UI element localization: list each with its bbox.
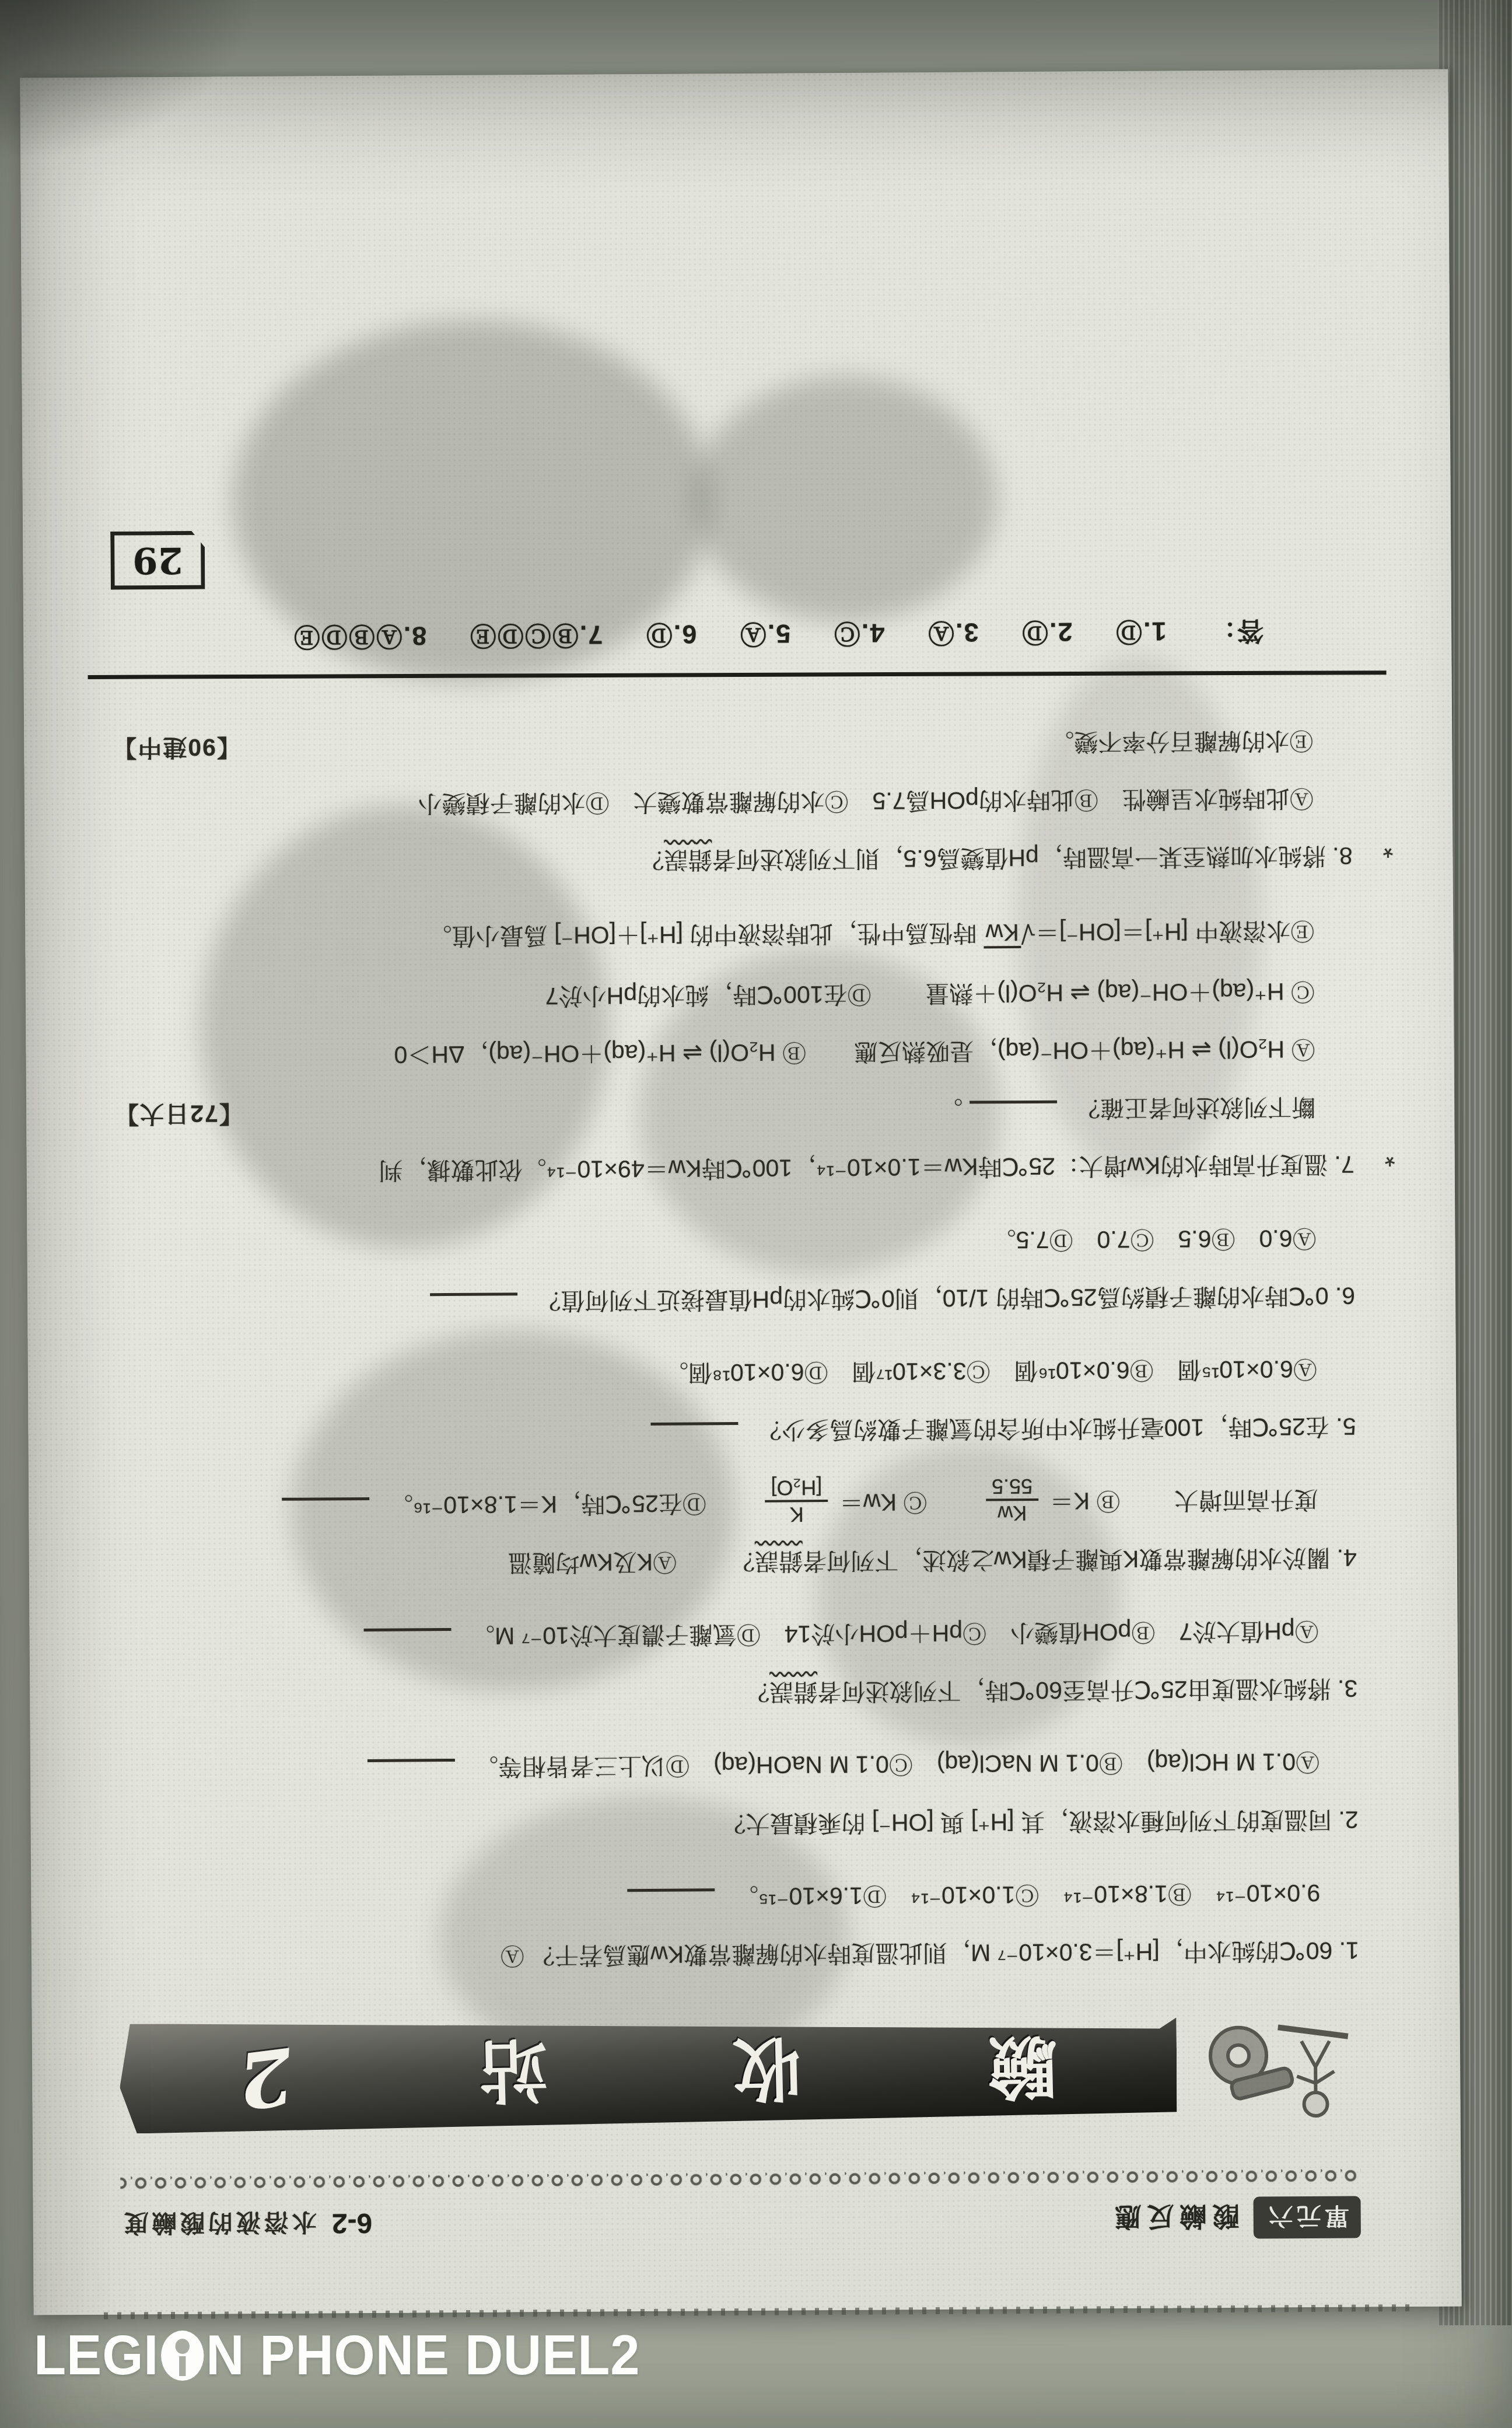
workbook-paper-sheet: 單元六 酸鹼反應 6-2 水溶液的酸鹼度 [20, 69, 1461, 2315]
question-4-options: 度升高而增大 Ⓑ K＝ Kw 55.5 Ⓒ Kw＝ K [H₂O] [116, 1470, 1357, 1536]
exam-source-tag: 【72日大】 [114, 1084, 243, 1143]
question-7-optionD-text: Ⓓ在100℃時，純水的pH小於7 [545, 980, 871, 1009]
logo-figure-head [176, 2339, 190, 2354]
answer-blank [430, 1292, 517, 1302]
question-6-text: 6. 0℃時水的離子積約爲25℃時的 1/10，則0℃純水的pH值最接近下列何值… [537, 1282, 1355, 1314]
question-4-optionB-lhs: K＝ [1050, 1488, 1090, 1515]
answer-key-divider-rule [88, 671, 1387, 680]
question-3-text-end: ？ [745, 1679, 769, 1706]
checkpoint-banner: 驗 收 站 2 [120, 2017, 1360, 2158]
page-number: 29 [132, 539, 183, 582]
fraction-denominator: [H₂O] [765, 1476, 828, 1500]
question-7-text2: 斷下列敘述何者正確？ [1076, 1094, 1315, 1122]
question-8-text: 8. 將純水加熱至某一高溫時，pH值變爲6.5，則下列敘述何者 [712, 843, 1352, 874]
legion-logo-o-icon [161, 2331, 204, 2381]
camera-watermark: LEGIN PHONE DUEL2 [34, 2324, 640, 2388]
printed-page-content: 單元六 酸鹼反應 6-2 水溶液的酸鹼度 [20, 69, 1461, 2315]
question-1-stem: 1. 60℃的純水中，[H⁺]＝3.0×10⁻⁷ M，則此溫度時水的解離常數Kw… [119, 1921, 1360, 1986]
question-3-text: 3. 將純水溫度由25℃升高至60℃時，下列敘述何者 [817, 1675, 1357, 1706]
unit-label-chip: 單元六 [1254, 2196, 1361, 2239]
answer-key-item: 6.Ⓓ [645, 620, 697, 650]
photo-corner-shadow [0, 0, 280, 175]
question-6-options: Ⓐ6.0 Ⓑ6.5 Ⓒ7.0 Ⓓ7.5。 [114, 1208, 1355, 1274]
question-4-text-mid: ？ [731, 1548, 755, 1575]
cannon-cart-mascot-illustration [1185, 2017, 1360, 2140]
question-7-options-cd: Ⓒ H⁺(aq)＋OH⁻(aq) ⇌ H₂O(l)＋熱量 Ⓓ在100℃時，純水的… [113, 962, 1354, 1027]
question-3-options-text: ⒶpH值大於7 ⒷpOH值變小 ⒸpH＋pOH小於14 Ⓓ氫離子濃度大於10⁻⁷… [471, 1617, 1319, 1650]
question-7-text1: 7. 溫度升高時水的Kw增大：25℃時Kw＝1.0×10⁻¹⁴，100℃時Kw＝… [379, 1151, 1354, 1184]
banner-char: 驗 [900, 2022, 1059, 2125]
question-2-options: Ⓐ0.1 M HCl(aq) Ⓑ0.1 M NaCl(aq) Ⓒ0.1 M Na… [118, 1732, 1359, 1798]
banner-char: 收 [645, 2024, 804, 2126]
answer-blank [282, 1497, 370, 1507]
fraction-kw-over-55: Kw 55.5 [986, 1475, 1039, 1525]
question-7-optionE-post: 時恆爲中性，此時溶液中的 [H⁺]＋[OH⁻] 爲最小值。 [428, 920, 984, 950]
question-4-optionC-lhs: Kw＝ [839, 1489, 897, 1517]
answer-blank [628, 1888, 715, 1898]
question-3-options: ⒶpH值大於7 ⒷpOH值變小 ⒸpH＋pOH小於14 Ⓓ氫離子濃度大於10⁻⁷… [117, 1601, 1357, 1667]
question-8-text-end: ？ [640, 847, 664, 874]
square-root-expression: √Kw [984, 919, 1035, 946]
question-8-options-text: Ⓐ此時純水呈鹼性 Ⓑ此時水的pOH爲7.5 Ⓒ水的解離常數變大 Ⓓ水的離子積變小 [418, 785, 1314, 817]
question-1-optionA-label: Ⓐ [501, 1942, 524, 1969]
question-5-options-text: Ⓐ6.0×10¹⁵個 Ⓑ6.0×10¹⁶個 Ⓒ3.3×10¹⁷個 Ⓓ6.0×10… [664, 1356, 1317, 1386]
question-1-options: 9.0×10⁻¹⁴ Ⓑ1.8×10⁻¹⁴ Ⓒ1.0×10⁻¹⁴ Ⓓ1.6×10⁻… [118, 1863, 1359, 1929]
question-8-optionE-text: Ⓔ水的解離百分率不變。 [1050, 727, 1313, 756]
watermark-text-right: N PHONE DUEL2 [206, 2324, 640, 2388]
scalloped-chain-border [120, 2166, 1360, 2193]
question-4-optionA: ⒶK及Kw均隨溫 [508, 1548, 677, 1576]
logo-figure-body [179, 2356, 185, 2376]
question-4-optionB-label: Ⓑ [1096, 1488, 1120, 1515]
answer-blank [367, 1759, 455, 1768]
question-7-stem-line1: 7. 溫度升高時水的Kw增大：25℃時Kw＝1.0×10⁻¹⁴，100℃時Kw＝… [114, 1136, 1354, 1201]
question-2-options-text: Ⓐ0.1 M HCl(aq) Ⓑ0.1 M NaCl(aq) Ⓒ0.1 M Na… [474, 1748, 1319, 1780]
difficulty-star-marker: * [1382, 816, 1394, 881]
question-7-options-ab: Ⓐ H₂O(l) ⇌ H⁺(aq)＋OH⁻(aq)，是吸熱反應 Ⓑ H₂O(l)… [113, 1019, 1354, 1085]
answer-blank [364, 1628, 452, 1637]
radicand: Kw [984, 920, 1021, 949]
question-5-stem: 5. 在25℃時，100毫升純水中所含的氫離子數約爲多少？ [116, 1398, 1356, 1463]
question-1: 1. 60℃的純水中，[H⁺]＝3.0×10⁻⁷ M，則此溫度時水的解離常數Kw… [118, 1863, 1359, 1986]
answer-key-item: 4.Ⓒ [833, 619, 885, 649]
question-8-options: Ⓐ此時純水呈鹼性 Ⓑ此時水的pOH爲7.5 Ⓒ水的解離常數變大 Ⓓ水的離子積變小 [112, 768, 1353, 834]
question-5-text: 5. 在25℃時，100毫升純水中所含的氫離子數約爲多少？ [758, 1413, 1356, 1444]
header-spacer [372, 2219, 1109, 2223]
answer-key-item: 1.Ⓓ [1115, 617, 1167, 647]
question-5-options: Ⓐ6.0×10¹⁵個 Ⓑ6.0×10¹⁶個 Ⓒ3.3×10¹⁷個 Ⓓ6.0×10… [116, 1339, 1356, 1405]
photo-of-workbook-page: 單元六 酸鹼反應 6-2 水溶液的酸鹼度 [0, 0, 1512, 2428]
exam-source-tag: 【90建中】 [111, 718, 241, 777]
fraction-numerator: K [765, 1500, 828, 1526]
radical-sign: √ [1021, 918, 1035, 947]
answer-key-item: 2.Ⓓ [1021, 617, 1073, 648]
question-5: 5. 在25℃時，100毫升純水中所含的氫離子數約爲多少？ Ⓐ6.0×10¹⁵個… [116, 1339, 1356, 1462]
question-6-options-text: Ⓐ6.0 Ⓑ6.5 Ⓒ7.0 Ⓓ7.5。 [992, 1225, 1316, 1253]
question-4-stem: 4. 關於水的解離常數K與離子積Kw之敘述，下列何者錯誤？ ⒶK及Kw均隨溫 [117, 1528, 1357, 1594]
fraction-k-over-h2o: K [H₂O] [765, 1476, 828, 1526]
question-4-emphasis: 錯誤 [755, 1547, 803, 1575]
question-1-options-text: 9.0×10⁻¹⁴ Ⓑ1.8×10⁻¹⁴ Ⓒ1.0×10⁻¹⁴ Ⓓ1.6×10⁻… [734, 1879, 1320, 1910]
question-7-text2-end: 。 [939, 1096, 963, 1123]
question-4-text: 4. 關於水的解離常數K與離子積Kw之敘述，下列何者 [803, 1544, 1357, 1574]
answer-key-prefix: 答： [1209, 616, 1263, 647]
question-2-stem: 2. 同溫度的下列何種水溶液，其 [H⁺] 與 [OH⁻] 的乘積最大？ [118, 1790, 1359, 1856]
question-2: 2. 同溫度的下列何種水溶液，其 [H⁺] 與 [OH⁻] 的乘積最大？ Ⓐ0.… [118, 1732, 1359, 1856]
question-4: 4. 關於水的解離常數K與離子積Kw之敘述，下列何者錯誤？ ⒶK及Kw均隨溫 度… [116, 1470, 1357, 1594]
question-6-stem: 6. 0℃時水的離子積約爲25℃時的 1/10，則0℃純水的pH值最接近下列何值… [115, 1266, 1356, 1332]
answer-key-item: 7.ⒷⒸⒹⒺ [469, 620, 603, 651]
page-header: 單元六 酸鹼反應 6-2 水溶液的酸鹼度 [121, 2196, 1361, 2246]
banner-number: 2 [233, 2029, 298, 2126]
section-code: 6-2 [332, 2207, 373, 2239]
question-7-optionC-text: Ⓒ H⁺(aq)＋OH⁻(aq) ⇌ H₂O(l)＋熱量 [925, 978, 1315, 1007]
question-7-optionE-pre: Ⓔ水溶液中 [H⁺]＝[OH⁻]＝ [1035, 917, 1315, 946]
answer-key-row: 答： 1.Ⓓ 2.Ⓓ 3.Ⓐ 4.Ⓒ 5.Ⓐ 6.Ⓓ 7.ⒷⒸⒹⒺ 8.ⒶⒷⒹⒺ [111, 614, 1351, 659]
question-8-emphasis: 錯誤 [664, 846, 712, 874]
question-8: * 8. 將純水加熱至某一高溫時，pH值變爲6.5，則下列敘述何者錯誤？ Ⓐ此時… [111, 711, 1353, 892]
question-4-optionA-cont: 度升高而增大 [1174, 1486, 1318, 1514]
answer-key-item: 5.Ⓐ [739, 619, 791, 649]
unit-title: 酸鹼反應 [1109, 2199, 1240, 2238]
question-7-option-e: Ⓔ水溶液中 [H⁺]＝[OH⁻]＝√Kw 時恆爲中性，此時溶液中的 [H⁺]＋[… [113, 900, 1353, 969]
answer-key-item: 3.Ⓐ [927, 618, 979, 648]
question-3-emphasis: 錯誤 [769, 1678, 817, 1706]
fraction-numerator: Kw [986, 1498, 1038, 1525]
question-4-optionC-label: Ⓒ [903, 1489, 927, 1516]
question-8-stem: 8. 將純水加熱至某一高溫時，pH值變爲6.5，則下列敘述何者錯誤？ [112, 826, 1353, 892]
question-7-optionAB-text: Ⓐ H₂O(l) ⇌ H⁺(aq)＋OH⁻(aq)，是吸熱反應 Ⓑ H₂O(l)… [394, 1036, 1315, 1068]
section-title: 水溶液的酸鹼度 [121, 2206, 317, 2242]
banner-ribbon: 驗 收 站 2 [120, 2017, 1177, 2133]
question-1-text: 1. 60℃的純水中，[H⁺]＝3.0×10⁻⁷ M，則此溫度時水的解離常數Kw… [531, 1937, 1359, 1969]
question-3-stem: 3. 將純水溫度由25℃升高至60℃時，下列敘述何者錯誤？ [117, 1659, 1358, 1724]
answer-key-item: 8.ⒶⒷⒹⒺ [293, 621, 427, 652]
question-2-text: 2. 同溫度的下列何種水溶液，其 [H⁺] 與 [OH⁻] 的乘積最大？ [722, 1806, 1358, 1837]
question-8-option-e: Ⓔ水的解離百分率不變。 【90建中】 [111, 711, 1352, 776]
question-7-stem-line2: 斷下列敘述何者正確？ 。 【72日大】 [114, 1078, 1354, 1143]
question-6: 6. 0℃時水的離子積約爲25℃時的 1/10，則0℃純水的pH值最接近下列何值… [114, 1208, 1355, 1332]
fraction-denominator: 55.5 [986, 1475, 1038, 1499]
banner-char: 站 [390, 2025, 549, 2128]
page-tab-row: 29 [110, 524, 1351, 590]
question-4-optionD: Ⓓ在25℃時，K＝1.8×10⁻¹⁶。 [389, 1490, 706, 1519]
difficulty-star-marker: * [1384, 1124, 1395, 1189]
question-3: 3. 將純水溫度由25℃升高至60℃時，下列敘述何者錯誤？ ⒶpH值大於7 Ⓑp… [117, 1601, 1357, 1724]
question-7: * 7. 溫度升高時水的Kw增大：25℃時Kw＝1.0×10⁻¹⁴，100℃時K… [113, 900, 1354, 1201]
answer-blank [970, 1101, 1057, 1110]
page-number-tab: 29 [110, 531, 205, 590]
answer-blank [650, 1422, 738, 1431]
watermark-text-left: LEGI [34, 2324, 159, 2388]
